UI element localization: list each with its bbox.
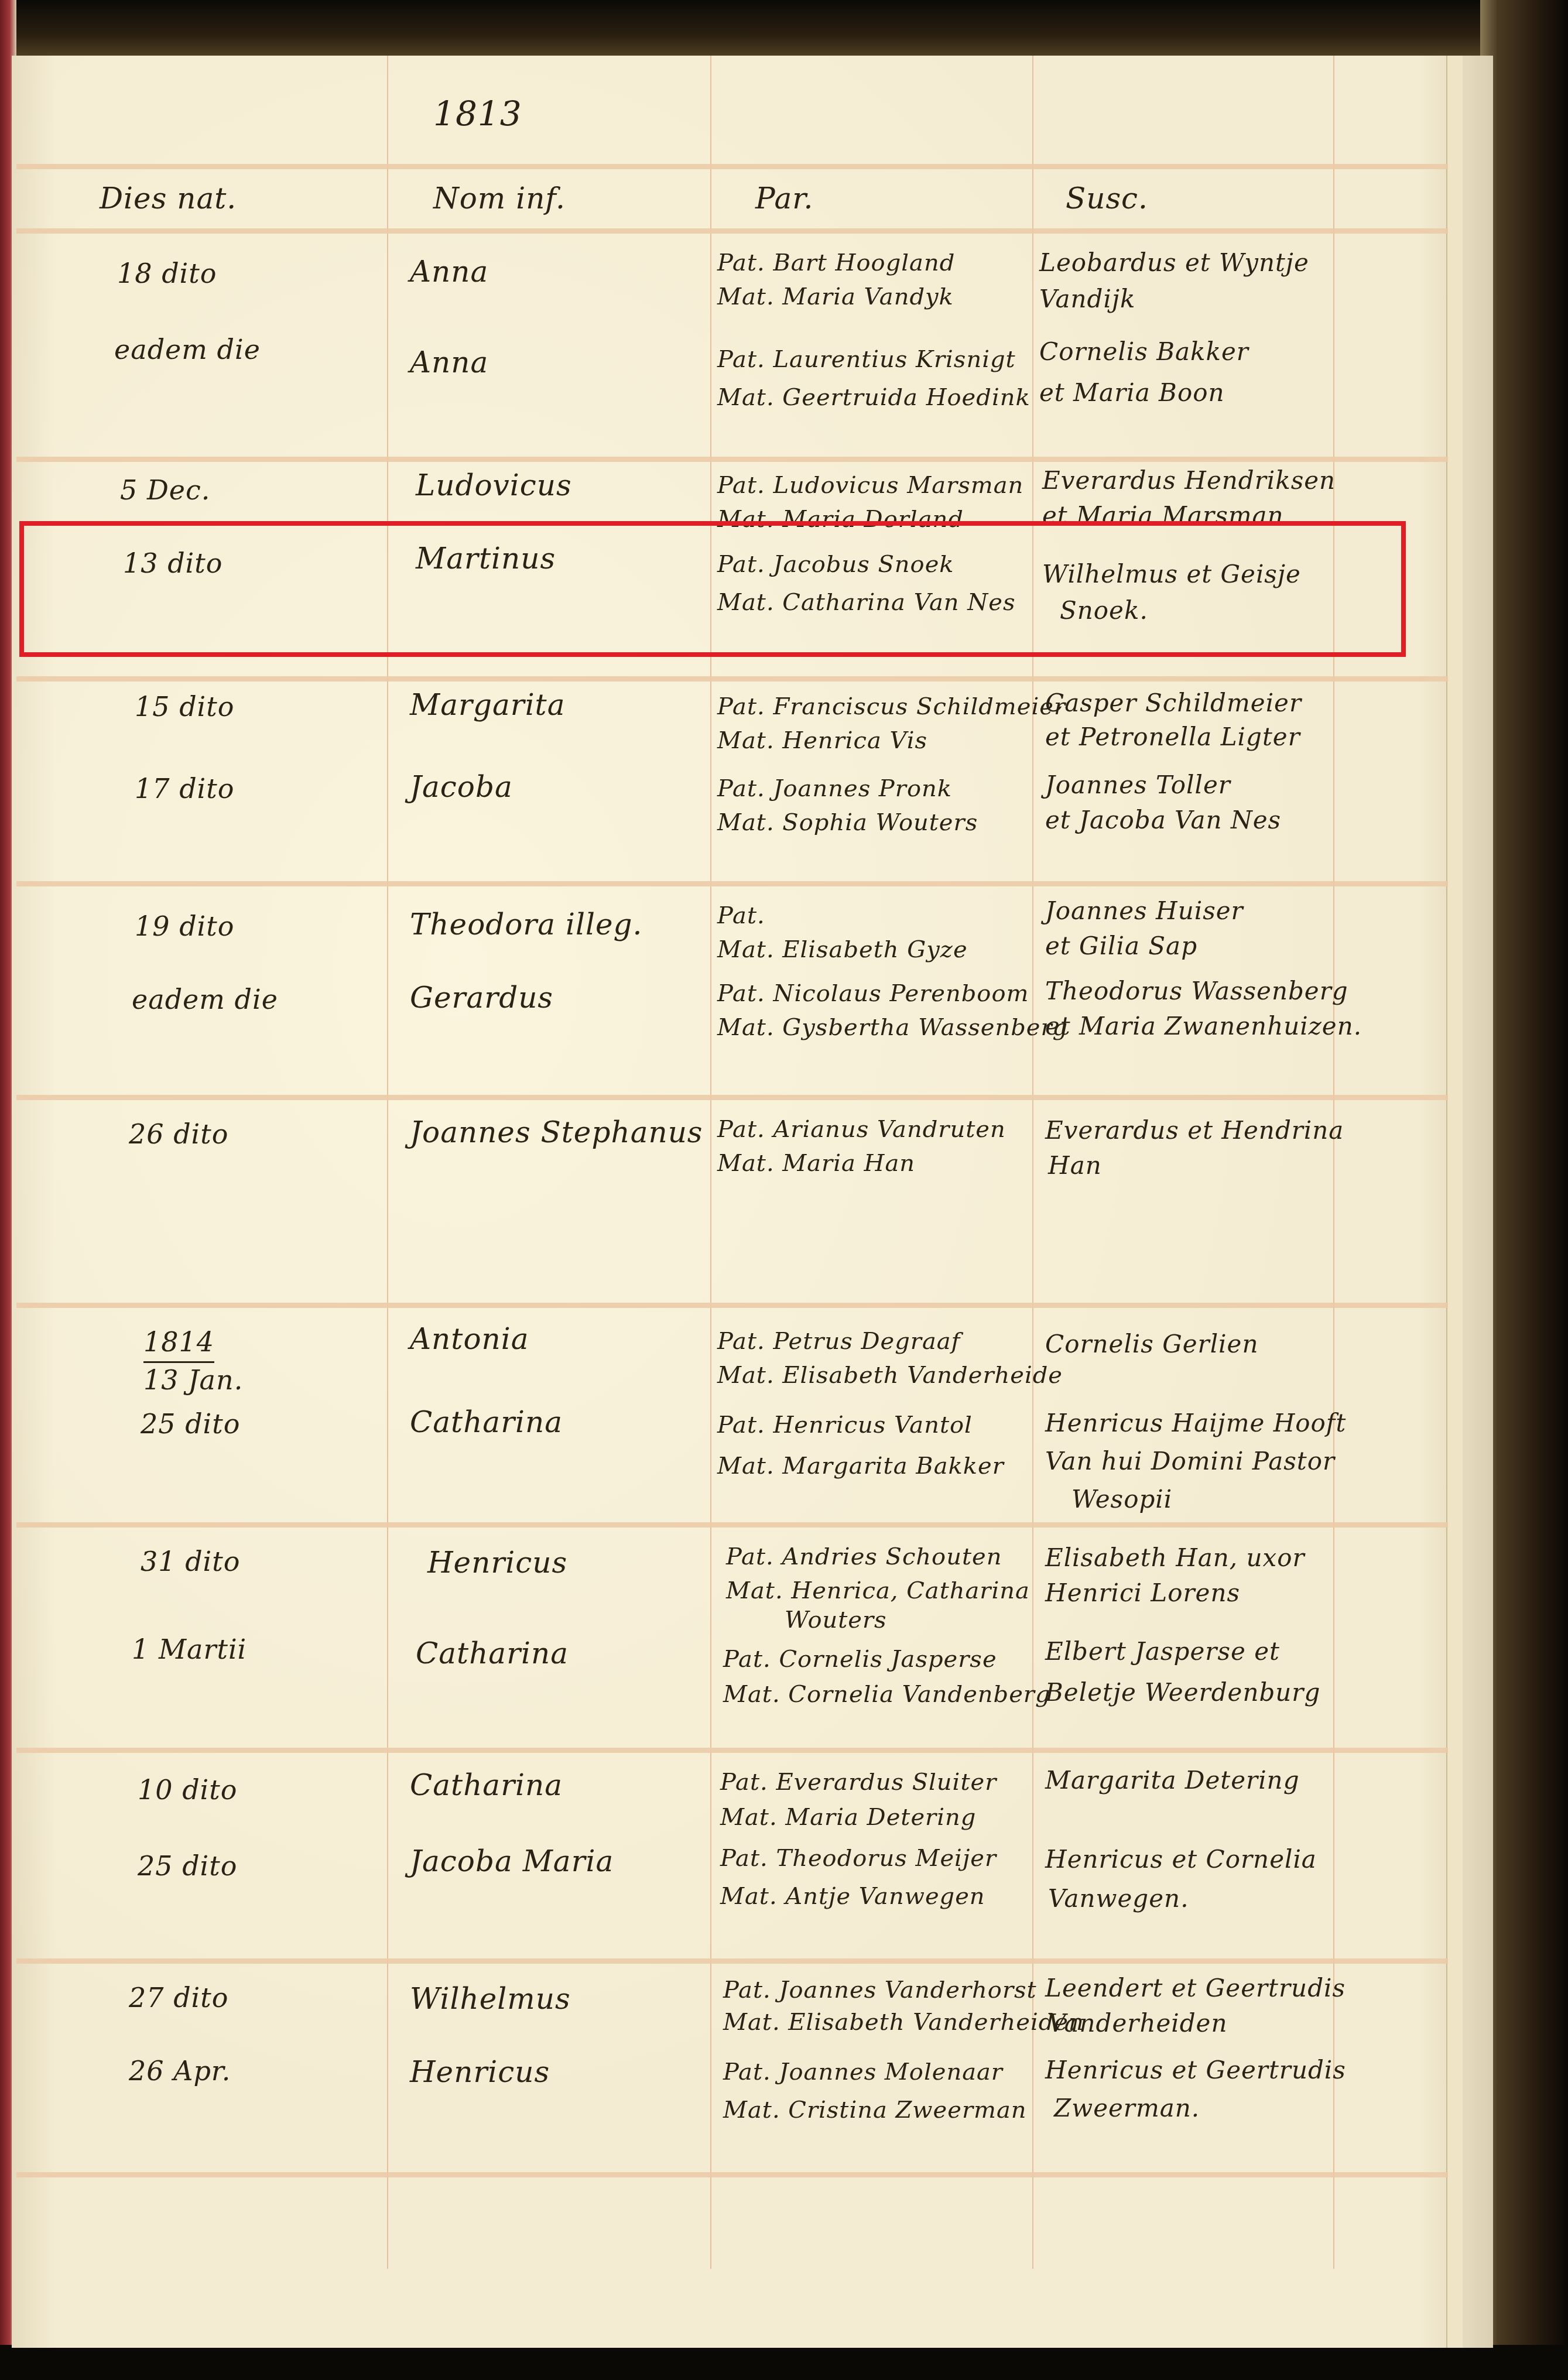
entry-godparents: Cornelis Gerlien (1045, 1326, 1258, 1362)
entry-godparents: Leobardus et Wyntje (1039, 245, 1309, 281)
entry-child: Jacoba (410, 770, 513, 804)
entry-father: Pat. Jacobus Snoek (717, 547, 954, 581)
entry-father: Pat. Cornelis Jasperse (723, 1642, 997, 1676)
entry-godparents: Vanderheiden (1048, 2005, 1228, 2042)
entry-father: Pat. Petrus Degraaf (717, 1324, 960, 1358)
entry-child: Catharina (416, 1636, 569, 1670)
entry-child: Catharina (410, 1405, 563, 1439)
column-header-child: Nom inf. (433, 182, 566, 215)
entry-child: Antonia (410, 1322, 529, 1356)
entry-date: 25 dito (141, 1408, 241, 1440)
entry-godparents: Han (1048, 1148, 1102, 1184)
entry-father: Pat. Laurentius Krisnigt (717, 343, 1016, 376)
entry-date: eadem die (132, 984, 278, 1015)
page-edge (1446, 56, 1463, 2348)
entry-mother: Mat. Margarita Bakker (717, 1449, 1004, 1483)
entry-godparents: et Maria Marsman (1042, 498, 1284, 534)
entry-godparents: Leendert et Geertrudis (1045, 1970, 1346, 2006)
entry-child: Anna (410, 255, 488, 289)
entry-date: 18 dito (117, 258, 217, 289)
entry-godparents: Everardus et Hendrina (1045, 1112, 1344, 1149)
entry-child: Henricus (427, 1546, 567, 1580)
entry-mother: Mat. Elisabeth Gyze (717, 933, 968, 967)
entry-date: 5 Dec. (120, 474, 210, 506)
entry-father: Pat. Joannes Pronk (717, 772, 952, 806)
entry-date: 31 dito (141, 1546, 241, 1577)
entry-mother: Mat. Elisabeth Vanderheide (717, 1358, 1063, 1392)
entry-father: Pat. Andries Schouten (726, 1540, 1002, 1574)
entry-godparents: Henricus et Cornelia (1045, 1841, 1317, 1878)
entry-godparents: Wesopii (1071, 1481, 1172, 1518)
entry-father: Pat. Joannes Molenaar (723, 2055, 1003, 2089)
entry-godparents: Elisabeth Han, uxor (1045, 1540, 1305, 1576)
row-rule (16, 1958, 1448, 1964)
row-rule (16, 2172, 1448, 2177)
entry-godparents: Vandijk (1039, 281, 1135, 317)
entry-godparents: Cornelis Bakker (1039, 334, 1249, 370)
row-rule (16, 676, 1448, 682)
entry-mother: Mat. Maria Vandyk (717, 280, 954, 314)
entry-child: Theodora illeg. (410, 908, 642, 941)
entry-child: Ludovicus (416, 468, 572, 502)
entry-child: Margarita (410, 688, 566, 722)
year-heading: 1813 (433, 94, 522, 133)
entry-godparents: et Petronella Ligter (1045, 719, 1300, 755)
entry-mother: Mat. Maria Han (717, 1146, 915, 1180)
entry-godparents: Joannes Toller (1045, 767, 1231, 803)
entry-child: Anna (410, 345, 488, 379)
entry-child: Henricus (410, 2055, 550, 2089)
entry-date: 15 dito (135, 691, 235, 722)
entry-mother: Mat. Geertruida Hoedink (717, 381, 1031, 415)
entry-father: Pat. Bart Hoogland (717, 246, 955, 280)
entry-godparents: Wilhelmus et Geisje (1042, 556, 1301, 593)
entry-date-year: 1814 (143, 1326, 214, 1363)
entry-godparents: Snoek. (1060, 593, 1148, 629)
entry-date: 13 dito (123, 547, 223, 579)
book-binding-top (0, 0, 1568, 64)
column-rule (1032, 56, 1033, 2269)
entry-date: 10 dito (138, 1774, 238, 1806)
entry-godparents: et Maria Zwanenhuizen. (1045, 1008, 1362, 1045)
entry-mother-continued: Wouters (785, 1603, 887, 1637)
row-rule (16, 1095, 1448, 1100)
entry-date: 17 dito (135, 773, 235, 804)
entry-godparents: Henricus Haijme Hooft (1045, 1405, 1346, 1441)
entry-godparents: Vanwegen. (1048, 1881, 1189, 1917)
entry-godparents: Joannes Huiser (1045, 893, 1244, 929)
entry-father: Pat. Henricus Vantol (717, 1408, 973, 1442)
row-rule (16, 228, 1448, 234)
row-rule (16, 164, 1448, 169)
entry-child: Jacoba Maria (410, 1844, 614, 1878)
entry-date: 27 dito (129, 1982, 229, 2013)
entry-father: Pat. Nicolaus Perenboom (717, 977, 1029, 1011)
entry-child: Wilhelmus (410, 1982, 571, 2016)
row-rule (16, 1748, 1448, 1753)
entry-godparents: Van hui Domini Pastor (1045, 1443, 1335, 1480)
entry-father: Pat. Arianus Vandruten (717, 1112, 1006, 1146)
entry-date: 26 dito (129, 1118, 229, 1150)
entry-godparents: Beletje Weerdenburg (1045, 1674, 1320, 1711)
column-rule (710, 56, 711, 2269)
entry-child: Catharina (410, 1768, 563, 1802)
column-rule (387, 56, 388, 2269)
entry-mother: Mat. Cornelia Vandenberg (723, 1677, 1051, 1711)
year-1814: 1814 (143, 1326, 214, 1363)
entry-date: 25 dito (138, 1850, 238, 1882)
entry-godparents: Elbert Jasperse et (1045, 1634, 1280, 1670)
entry-father: Pat. (717, 899, 765, 933)
entry-mother: Mat. Antje Vanwegen (720, 1879, 985, 1913)
row-rule (16, 457, 1448, 462)
entry-child: Gerardus (410, 981, 553, 1015)
entry-date: 1 Martii (132, 1634, 247, 1665)
entry-godparents: Theodorus Wassenberg (1045, 973, 1348, 1009)
entry-father: Pat. Theodorus Meijer (720, 1841, 997, 1875)
entry-godparents: Henricus et Geertrudis (1045, 2052, 1346, 2088)
entry-mother: Mat. Henrica Vis (717, 724, 927, 758)
column-header-godparents: Susc. (1066, 182, 1148, 215)
entry-date: 13 Jan. (143, 1364, 243, 1396)
entry-father: Pat. Franciscus Schildmeier (717, 690, 1066, 724)
entry-father: Pat. Ludovicus Marsman (717, 468, 1023, 502)
entry-mother: Mat. Gysbertha Wassenberg (717, 1011, 1068, 1045)
entry-godparents: et Maria Boon (1039, 375, 1225, 411)
entry-godparents: Zweerman. (1054, 2090, 1200, 2126)
entry-godparents: Henrici Lorens (1045, 1575, 1240, 1611)
entry-godparents: Everardus Hendriksen (1042, 463, 1336, 499)
entry-mother: Mat. Elisabeth Vanderheiden (723, 2005, 1084, 2039)
entry-mother: Mat. Maria Detering (720, 1800, 976, 1834)
entry-mother: Mat. Cristina Zweerman (723, 2093, 1027, 2127)
entry-child: Martinus (416, 542, 556, 576)
entry-date: 19 dito (135, 910, 235, 942)
entry-date: 26 Apr. (129, 2055, 231, 2087)
entry-godparents: Casper Schildmeier (1045, 685, 1302, 721)
entry-godparents: Margarita Detering (1045, 1762, 1300, 1799)
entry-date: eadem die (114, 334, 261, 365)
book-binding-right (1480, 0, 1568, 2380)
entry-father: Pat. Everardus Sluiter (720, 1765, 997, 1799)
entry-mother: Mat. Catharina Van Nes (717, 585, 1015, 619)
entry-godparents: et Jacoba Van Nes (1045, 802, 1281, 838)
entry-godparents: et Gilia Sap (1045, 928, 1197, 964)
entry-mother: Mat. Sophia Wouters (717, 806, 978, 840)
row-rule (16, 1522, 1448, 1528)
row-rule (16, 1303, 1448, 1308)
column-rule (1333, 56, 1334, 2269)
column-header-date: Dies nat. (100, 182, 237, 215)
row-rule (16, 881, 1448, 886)
entry-mother: Mat. Maria Dorland (717, 502, 964, 536)
entry-father: Pat. Joannes Vanderhorst (723, 1973, 1037, 2007)
entry-child: Joannes Stephanus (410, 1115, 703, 1149)
column-header-parents: Par. (755, 182, 814, 215)
book-binding-bottom (0, 2345, 1568, 2380)
